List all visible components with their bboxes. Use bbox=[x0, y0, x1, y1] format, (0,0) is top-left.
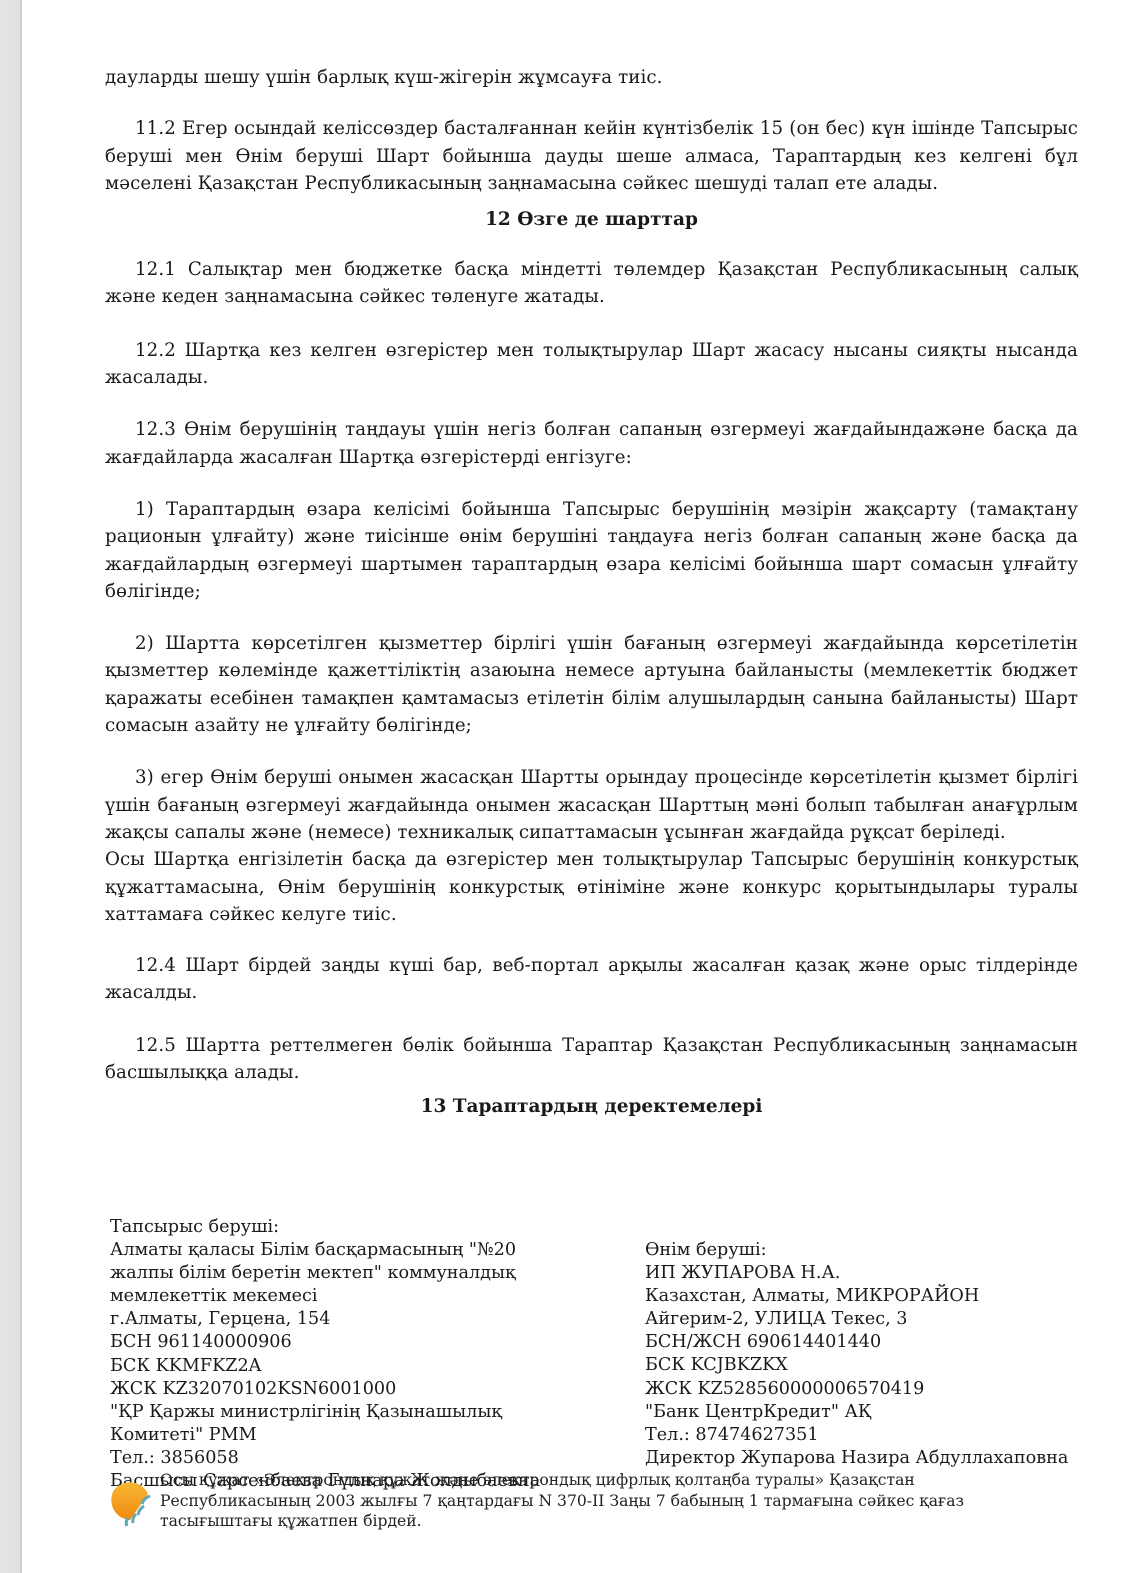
supplier-bik: БСК KCJBKZKX bbox=[645, 1354, 1105, 1377]
customer-bik: БСК KKMFKZ2A bbox=[110, 1355, 630, 1378]
paragraph-11-2: 11.2 Егер осындай келіссөздер басталғанн… bbox=[105, 115, 1078, 197]
supplier-bank: "Банк ЦентрКредит" АҚ bbox=[645, 1401, 1105, 1424]
egov-stamp: Осы құжат «Электрондық құжат және электр… bbox=[108, 1470, 1008, 1540]
customer-address: г.Алматы, Герцена, 154 bbox=[110, 1308, 630, 1331]
supplier-address-line-2: Айгерим-2, УЛИЦА Текес, 3 bbox=[645, 1308, 1105, 1331]
list-item-3: 3) егер Өнім беруші онымен жасасқан Шарт… bbox=[105, 764, 1078, 846]
paragraph-12-3: 12.3 Өнім берушінің таңдауы үшін негіз б… bbox=[105, 416, 1078, 471]
paragraph-12-5: 12.5 Шартта реттелмеген бөлік бойынша Та… bbox=[105, 1032, 1078, 1087]
section-12-heading: 12 Өзге де шарттар bbox=[105, 206, 1078, 233]
supplier-director: Директор Жупарова Назира Абдуллахаповна bbox=[645, 1447, 1105, 1470]
paragraph-continuation: дауларды шешу үшін барлық күш-жігерін жұ… bbox=[105, 64, 1078, 91]
customer-bank-line-2: Комитеті" РММ bbox=[110, 1424, 630, 1447]
supplier-details: Өнім беруші: ИП ЖУПАРОВА Н.А. Казахстан,… bbox=[645, 1239, 1105, 1470]
customer-details: Тапсырыс беруші: Алматы қаласы Білім бас… bbox=[110, 1216, 630, 1493]
customer-label: Тапсырыс беруші: bbox=[110, 1216, 630, 1239]
customer-bin: БСН 961140000906 bbox=[110, 1331, 630, 1354]
supplier-name: ИП ЖУПАРОВА Н.А. bbox=[645, 1262, 1105, 1285]
supplier-label: Өнім беруші: bbox=[645, 1239, 1105, 1262]
egov-sun-logo-icon bbox=[108, 1476, 156, 1528]
customer-phone: Тел.: 3856058 bbox=[110, 1447, 630, 1470]
supplier-bin: БСН/ЖСН 690614401440 bbox=[645, 1331, 1105, 1354]
supplier-iik: ЖСК KZ528560000006570419 bbox=[645, 1378, 1105, 1401]
viewer-gutter bbox=[0, 0, 22, 1573]
customer-name-line-2: жалпы білім беретін мектеп" коммуналдық bbox=[110, 1262, 630, 1285]
paragraph-12-1: 12.1 Салықтар мен бюджетке басқа міндетт… bbox=[105, 256, 1078, 311]
egov-stamp-text: Осы құжат «Электрондық құжат және электр… bbox=[160, 1470, 1020, 1532]
customer-iik: ЖСК KZ32070102KSN6001000 bbox=[110, 1378, 630, 1401]
customer-name-line-3: мемлекеттік мекемесі bbox=[110, 1285, 630, 1308]
list-item-1: 1) Тараптардың өзара келісімі бойынша Та… bbox=[105, 496, 1078, 605]
supplier-phone: Тел.: 87474627351 bbox=[645, 1424, 1105, 1447]
document-page: дауларды шешу үшін барлық күш-жігерін жұ… bbox=[105, 64, 1078, 1120]
section-13-heading: 13 Тараптардың деректемелері bbox=[105, 1093, 1078, 1120]
list-item-2: 2) Шартта көрсетілген қызметтер бірлігі … bbox=[105, 630, 1078, 739]
supplier-address-line-1: Казахстан, Алматы, МИКРОРАЙОН bbox=[645, 1285, 1105, 1308]
paragraph-12-2: 12.2 Шартқа кез келген өзгерістер мен то… bbox=[105, 337, 1078, 392]
customer-name-line-1: Алматы қаласы Білім басқармасының "№20 bbox=[110, 1239, 630, 1262]
paragraph-12-3-tail: Осы Шартқа енгізілетін басқа да өзгеріст… bbox=[105, 846, 1078, 928]
paragraph-12-4: 12.4 Шарт бірдей заңды күші бар, веб-пор… bbox=[105, 952, 1078, 1007]
customer-bank-line-1: "ҚР Қаржы министрлігінің Қазынашылық bbox=[110, 1401, 630, 1424]
